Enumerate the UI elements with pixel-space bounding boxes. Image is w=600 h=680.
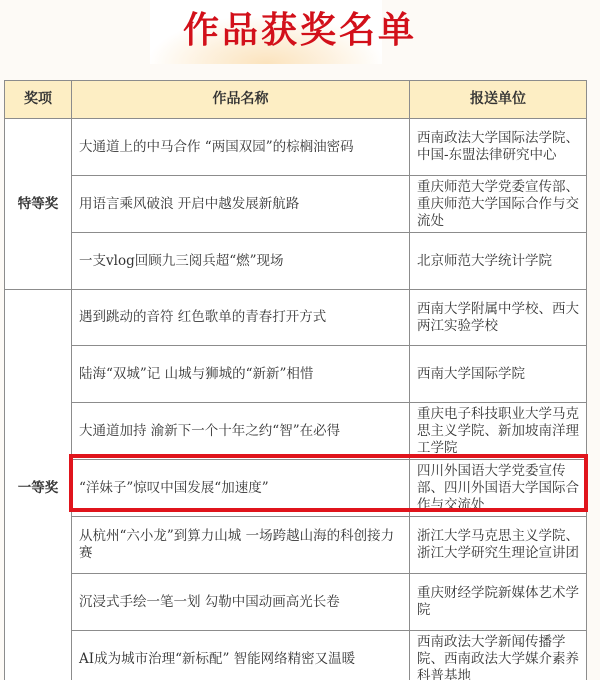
award-table: 奖项 作品名称 报送单位 特等奖 大通道上的中马合作 “两国双园”的棕榈油密码 … [4, 80, 587, 680]
unit-cell: 西南大学附属中学校、西大两江实验学校 [410, 290, 587, 346]
unit-cell: 北京师范大学统计学院 [410, 233, 587, 290]
table-row: 特等奖 大通道上的中马合作 “两国双园”的棕榈油密码 西南政法大学国际法学院、中… [5, 119, 587, 176]
table-row: 一等奖 遇到跳动的音符 红色歌单的青春打开方式 西南大学附属中学校、西大两江实验… [5, 290, 587, 346]
unit-cell: 西南政法大学新闻传播学院、西南政法大学媒介素养科普基地 [410, 631, 587, 680]
work-cell: AI成为城市治理“新标配” 智能网络精密又温暖 [72, 631, 410, 680]
table-row: 大通道加持 渝新下一个十年之约“智”在必得 重庆电子科技职业大学马克思主义学院、… [5, 403, 587, 460]
work-cell: 从杭州“六小龙”到算力山城 一场跨越山海的科创接力赛 [72, 517, 410, 574]
work-cell: 用语言乘风破浪 开启中越发展新航路 [72, 176, 410, 233]
table-row: 陆海“双城”记 山城与狮城的“新新”相惜 西南大学国际学院 [5, 346, 587, 403]
table-row: AI成为城市治理“新标配” 智能网络精密又温暖 西南政法大学新闻传播学院、西南政… [5, 631, 587, 680]
tier-cell-first: 一等奖 [5, 290, 72, 680]
work-cell: 沉浸式手绘一笔一划 勾勒中国动画高光长卷 [72, 574, 410, 631]
header-tier: 奖项 [5, 81, 72, 119]
page-title: 作品获奖名单 [0, 2, 600, 53]
work-cell: 陆海“双城”记 山城与狮城的“新新”相惜 [72, 346, 410, 403]
tier-cell-special: 特等奖 [5, 119, 72, 290]
unit-cell: 浙江大学马克思主义学院、浙江大学研究生理论宣讲团 [410, 517, 587, 574]
work-cell: 一支vlog回顾九三阅兵超“燃”现场 [72, 233, 410, 290]
header-unit: 报送单位 [410, 81, 587, 119]
unit-cell: 四川外国语大学党委宣传部、四川外国语大学国际合作与交流处 [410, 460, 587, 517]
unit-cell: 西南大学国际学院 [410, 346, 587, 403]
work-cell: 遇到跳动的音符 红色歌单的青春打开方式 [72, 290, 410, 346]
work-cell: “洋妹子”惊叹中国发展“加速度” [72, 460, 410, 517]
unit-cell: 西南政法大学国际法学院、中国-东盟法律研究中心 [410, 119, 587, 176]
header-work: 作品名称 [72, 81, 410, 119]
work-cell: 大通道加持 渝新下一个十年之约“智”在必得 [72, 403, 410, 460]
table-header-row: 奖项 作品名称 报送单位 [5, 81, 587, 119]
table-row-highlighted: “洋妹子”惊叹中国发展“加速度” 四川外国语大学党委宣传部、四川外国语大学国际合… [5, 460, 587, 517]
unit-cell: 重庆财经学院新媒体艺术学院 [410, 574, 587, 631]
unit-cell: 重庆电子科技职业大学马克思主义学院、新加坡南洋理工学院 [410, 403, 587, 460]
work-cell: 大通道上的中马合作 “两国双园”的棕榈油密码 [72, 119, 410, 176]
table-row: 沉浸式手绘一笔一划 勾勒中国动画高光长卷 重庆财经学院新媒体艺术学院 [5, 574, 587, 631]
table-row: 用语言乘风破浪 开启中越发展新航路 重庆师范大学党委宣传部、重庆师范大学国际合作… [5, 176, 587, 233]
table-row: 一支vlog回顾九三阅兵超“燃”现场 北京师范大学统计学院 [5, 233, 587, 290]
table-row: 从杭州“六小龙”到算力山城 一场跨越山海的科创接力赛 浙江大学马克思主义学院、浙… [5, 517, 587, 574]
unit-cell: 重庆师范大学党委宣传部、重庆师范大学国际合作与交流处 [410, 176, 587, 233]
